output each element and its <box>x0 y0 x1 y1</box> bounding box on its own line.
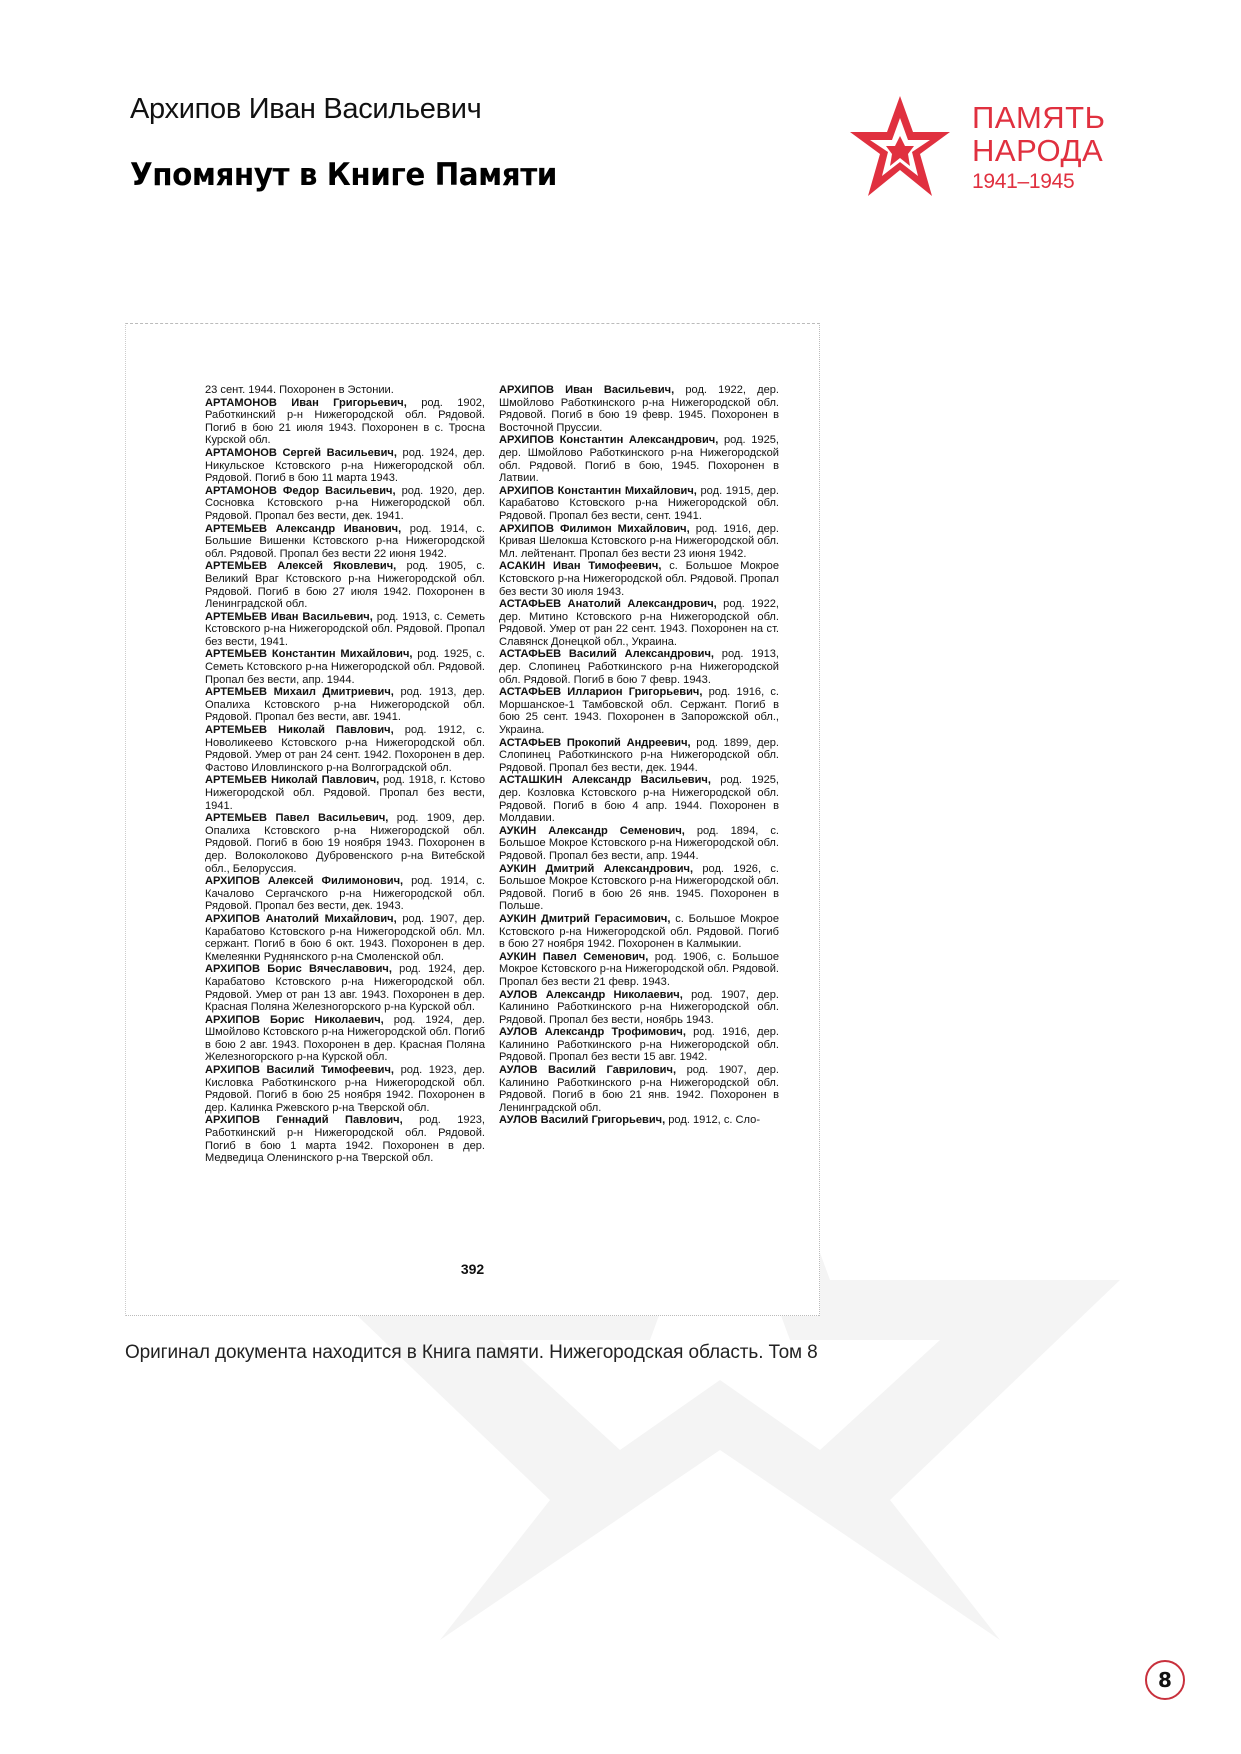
entry-name: АУЛОВ Василий Григорьевич, <box>499 1114 665 1126</box>
entry-name: АРХИПОВ Василий Тимофеевич, <box>205 1064 394 1076</box>
scanned-document-page: 23 сент. 1944. Похоронен в Эстонии.АРТАМ… <box>125 323 820 1316</box>
memorial-entry: АСТАФЬЕВ Анатолий Александрович, род. 19… <box>499 598 779 648</box>
entry-name: АСТАФЬЕВ Василий Александрович, <box>499 648 714 660</box>
page-number-badge: 8 <box>1145 1660 1185 1700</box>
memorial-entry: 23 сент. 1944. Похоронен в Эстонии. <box>205 384 485 397</box>
memorial-entry: АУКИН Дмитрий Александрович, род. 1926, … <box>499 863 779 913</box>
entry-name: АСАКИН Иван Тимофеевич, <box>499 560 661 572</box>
memorial-entry: АРХИПОВ Константин Александрович, род. 1… <box>499 434 779 484</box>
memorial-entry: АРТЕМЬЕВ Алексей Яковлевич, род. 1905, с… <box>205 560 485 610</box>
memorial-entry: АСТАШКИН Александр Васильевич, род. 1925… <box>499 774 779 824</box>
memorial-entry: АРТЕМЬЕВ Михаил Дмитриевич, род. 1913, д… <box>205 686 485 724</box>
logo-line-1: ПАМЯТЬ <box>972 102 1105 133</box>
entry-name: АРХИПОВ Константин Михайлович, <box>499 485 697 497</box>
source-note: Оригинал документа находится в Книга пам… <box>125 1342 818 1364</box>
memorial-entry: АСТАФЬЕВ Прокопий Андреевич, род. 1899, … <box>499 737 779 775</box>
memorial-entry: АРХИПОВ Анатолий Михайлович, род. 1907, … <box>205 913 485 963</box>
entry-name: АУЛОВ Василий Гаврилович, <box>499 1064 676 1076</box>
memorial-entry: АУЛОВ Василий Гаврилович, род. 1907, дер… <box>499 1064 779 1114</box>
entry-name: АУКИН Дмитрий Герасимович, <box>499 913 670 925</box>
right-column: АРХИПОВ Иван Васильевич, род. 1922, дер.… <box>499 384 779 1165</box>
memorial-entry: АРТАМОНОВ Федор Васильевич, род. 1920, д… <box>205 485 485 523</box>
entry-name: АУКИН Александр Семенович, <box>499 825 685 837</box>
memorial-entry: АУКИН Дмитрий Герасимович, с. Большое Мо… <box>499 913 779 951</box>
entry-text: род. 1912, с. Сло- <box>665 1114 760 1126</box>
entry-name: АУКИН Дмитрий Александрович, <box>499 863 693 875</box>
memorial-entry: АРТАМОНОВ Иван Григорьевич, род. 1902, Р… <box>205 397 485 447</box>
memorial-entry: АСАКИН Иван Тимофеевич, с. Большое Мокро… <box>499 560 779 598</box>
memorial-entry: АСТАФЬЕВ Илларион Григорьевич, род. 1916… <box>499 686 779 736</box>
memorial-entry: АРХИПОВ Борис Вячеславович, род. 1924, д… <box>205 963 485 1013</box>
scan-page-number: 392 <box>126 1261 819 1277</box>
left-column: 23 сент. 1944. Похоронен в Эстонии.АРТАМ… <box>205 384 485 1165</box>
entry-name: АРХИПОВ Филимон Михайлович, <box>499 523 690 535</box>
memorial-entry: АРТЕМЬЕВ Павел Васильевич, род. 1909, де… <box>205 812 485 875</box>
entry-name: АРТЕМЬЕВ Иван Васильевич, <box>205 611 373 623</box>
person-name: Архипов Иван Васильевич <box>130 93 481 126</box>
entry-name: АРХИПОВ Алексей Филимонович, <box>205 875 403 887</box>
memorial-entry: АРТЕМЬЕВ Николай Павлович, род. 1912, с.… <box>205 724 485 774</box>
memorial-entry: АРХИПОВ Филимон Михайлович, род. 1916, д… <box>499 523 779 561</box>
memorial-entry: АУЛОВ Василий Григорьевич, род. 1912, с.… <box>499 1114 779 1127</box>
entry-name: АСТАФЬЕВ Илларион Григорьевич, <box>499 686 702 698</box>
entry-name: АРТЕМЬЕВ Алексей Яковлевич, <box>205 560 396 572</box>
entry-name: АРТЕМЬЕВ Михаил Дмитриевич, <box>205 686 394 698</box>
memorial-entry: АУКИН Павел Семенович, род. 1906, с. Бол… <box>499 951 779 989</box>
memorial-entry: АРХИПОВ Борис Николаевич, род. 1924, дер… <box>205 1014 485 1064</box>
pamyat-naroda-logo[interactable]: ПАМЯТЬ НАРОДА 1941–1945 <box>850 96 1130 196</box>
memorial-entry: АРХИПОВ Геннадий Павлович, род. 1923, Ра… <box>205 1114 485 1164</box>
entry-name: АУЛОВ Александр Николаевич, <box>499 989 683 1001</box>
memorial-entry: АРТАМОНОВ Сергей Васильевич, род. 1924, … <box>205 447 485 485</box>
entry-name: АРТЕМЬЕВ Николай Павлович, <box>205 774 379 786</box>
memorial-entry: АРХИПОВ Константин Михайлович, род. 1915… <box>499 485 779 523</box>
memorial-entry: АРТЕМЬЕВ Александр Иванович, род. 1914, … <box>205 523 485 561</box>
entry-name: АУКИН Павел Семенович, <box>499 951 648 963</box>
memorial-entry: АРХИПОВ Алексей Филимонович, род. 1914, … <box>205 875 485 913</box>
memorial-entry: АРТЕМЬЕВ Николай Павлович, род. 1918, г.… <box>205 774 485 812</box>
memorial-entry: АРТЕМЬЕВ Константин Михайлович, род. 192… <box>205 648 485 686</box>
memorial-entry: АУКИН Александр Семенович, род. 1894, с.… <box>499 825 779 863</box>
memorial-entry: АСТАФЬЕВ Василий Александрович, род. 191… <box>499 648 779 686</box>
entry-name: АРТЕМЬЕВ Александр Иванович, <box>205 523 401 535</box>
entry-name: АРХИПОВ Анатолий Михайлович, <box>205 913 397 925</box>
memorial-entry: АРХИПОВ Василий Тимофеевич, род. 1923, д… <box>205 1064 485 1114</box>
entry-name: АСТАФЬЕВ Анатолий Александрович, <box>499 598 717 610</box>
entry-name: АСТАФЬЕВ Прокопий Андреевич, <box>499 737 691 749</box>
memorial-entry: АРХИПОВ Иван Васильевич, род. 1922, дер.… <box>499 384 779 434</box>
memorial-entry: АРТЕМЬЕВ Иван Васильевич, род. 1913, с. … <box>205 611 485 649</box>
entry-name: АРХИПОВ Иван Васильевич, <box>499 384 674 396</box>
entry-name: АСТАШКИН Александр Васильевич, <box>499 774 711 786</box>
entry-name: АРХИПОВ Борис Николаевич, <box>205 1014 384 1026</box>
entry-text: 23 сент. 1944. Похоронен в Эстонии. <box>205 384 394 396</box>
red-star-icon <box>850 96 950 196</box>
memorial-entry: АУЛОВ Александр Николаевич, род. 1907, д… <box>499 989 779 1027</box>
memorial-entry: АУЛОВ Александр Трофимович, род. 1916, д… <box>499 1026 779 1064</box>
entry-name: АРХИПОВ Константин Александрович, <box>499 434 718 446</box>
entry-name: АРХИПОВ Борис Вячеславович, <box>205 963 392 975</box>
logo-years: 1941–1945 <box>972 171 1105 192</box>
entry-name: АРХИПОВ Геннадий Павлович, <box>205 1114 403 1126</box>
entry-name: АРТАМОНОВ Федор Васильевич, <box>205 485 396 497</box>
entry-name: АРТАМОНОВ Сергей Васильевич, <box>205 447 397 459</box>
scan-edge <box>126 1315 819 1316</box>
page-title: Упомянут в Книге Памяти <box>130 157 557 193</box>
entry-name: АРТЕМЬЕВ Павел Васильевич, <box>205 812 388 824</box>
entry-name: АРТЕМЬЕВ Константин Михайлович, <box>205 648 412 660</box>
logo-line-2: НАРОДА <box>972 135 1105 166</box>
entry-name: АУЛОВ Александр Трофимович, <box>499 1026 686 1038</box>
entry-name: АРТЕМЬЕВ Николай Павлович, <box>205 724 394 736</box>
entry-name: АРТАМОНОВ Иван Григорьевич, <box>205 397 407 409</box>
